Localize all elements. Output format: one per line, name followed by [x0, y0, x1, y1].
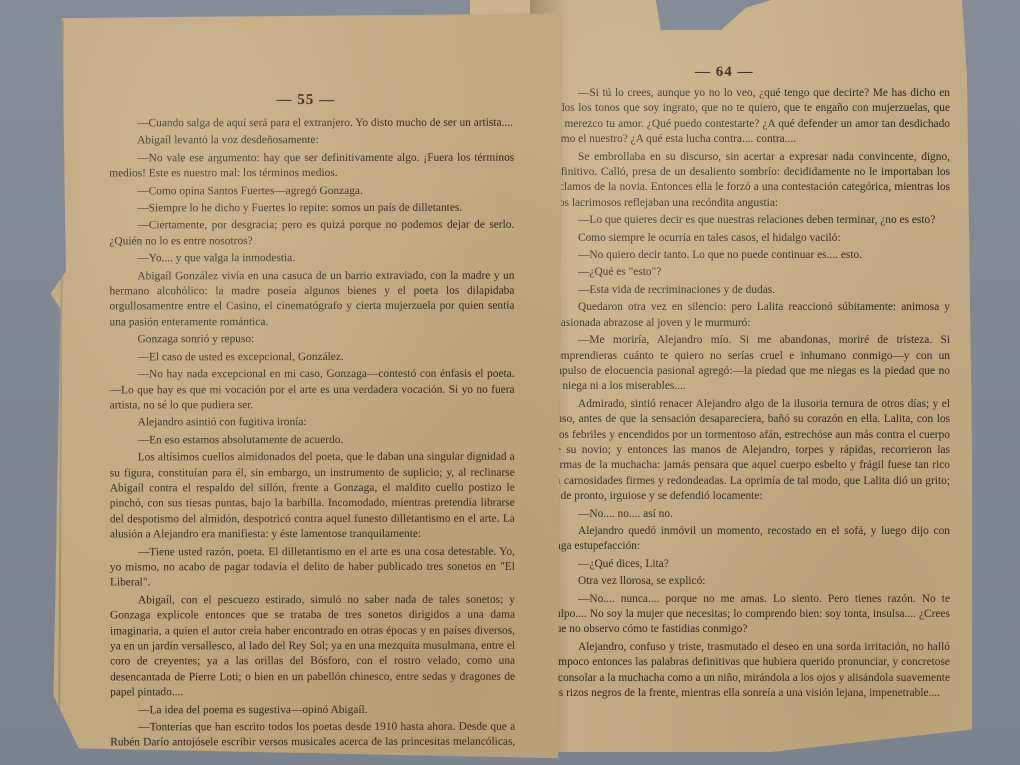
- paragraph: —Tiene usted razón, poeta. El dilletanti…: [110, 544, 515, 591]
- paragraph: Los altísimos cuellos almidonados del po…: [110, 450, 515, 543]
- paragraph: Otra vez llorosa, se explicó:: [550, 574, 950, 589]
- paragraph: Abigaíl levantó la voz desdeñosamente:: [109, 133, 514, 149]
- paragraph: —¿Qué dices, Lita?: [550, 557, 950, 572]
- paragraph: —Si tú lo crees, aunque yo no lo veo, ¿q…: [550, 86, 950, 148]
- paragraph: Abigaíl González vivía en una casuca de …: [109, 268, 514, 330]
- page-body: —Cuando salga de aquí será para el extra…: [109, 116, 515, 765]
- paragraph: —La idea del poema es sugestiva—opinó Ab…: [110, 702, 515, 718]
- paragraph: —Como opina Santos Fuertes—agregó Gonzag…: [109, 183, 514, 199]
- paragraph: —Ciertamente, por desgracia; pero es qui…: [109, 218, 514, 250]
- page-body: —Si tú lo crees, aunque yo no lo veo, ¿q…: [550, 86, 950, 703]
- paragraph: —Lo que quieres decir es que nuestras re…: [550, 213, 950, 228]
- paragraph: —No quiero decir tanto. Lo que no puede …: [550, 248, 950, 263]
- paragraph: Alejandro, confuso y triste, trasmutado …: [550, 640, 950, 702]
- paragraph: Abigaíl, con el pescuezo estirado, simul…: [110, 592, 515, 701]
- paragraph: —No.... nunca.... porque no me amas. Lo …: [550, 592, 950, 638]
- paragraph: —Siempre lo he dicho y Fuertes lo repite…: [109, 201, 514, 217]
- paragraph: Admirado, sintió renacer Alejandro algo …: [550, 397, 950, 505]
- paragraph: Alejandro quedó inmóvil un momento, reco…: [550, 524, 950, 555]
- page-number: — 64 —: [695, 64, 754, 81]
- paragraph: Gonzaga sonrió y repuso:: [110, 332, 515, 348]
- paragraph: —El caso de usted es excepcional, Gonzál…: [110, 349, 515, 365]
- paragraph: —No.... no.... así no.: [550, 507, 950, 522]
- paragraph: —Esta vida de recriminaciones y de dudas…: [550, 283, 950, 298]
- paragraph: —Cuando salga de aquí será para el extra…: [109, 116, 514, 132]
- paragraph: —¿Qué es "esto"?: [550, 265, 950, 280]
- paragraph: —Me moriría, Alejandro mío. Si me abando…: [550, 333, 950, 395]
- paragraph: Como siempre le ocurría en tales casos, …: [550, 231, 950, 246]
- paragraph: Quedaron otra vez en silencio: pero Lali…: [550, 300, 950, 331]
- paragraph: Se embrollaba en su discurso, sin acerta…: [550, 150, 950, 212]
- left-page: — 55 — —Cuando salga de aquí será para e…: [48, 11, 562, 759]
- paragraph: Alejandro asintió con fugitiva ironía:: [110, 415, 515, 431]
- paragraph: —No vale ese argumento: hay que ser defi…: [109, 150, 514, 182]
- paragraph: —No hay nada excepcional en mi caso, Gon…: [110, 367, 515, 414]
- paragraph: —En eso estamos absolutamente de acuerdo…: [110, 432, 515, 448]
- paragraph: —Yo.... y que valga la inmodestia.: [109, 251, 514, 267]
- page-number: — 55 —: [276, 92, 335, 109]
